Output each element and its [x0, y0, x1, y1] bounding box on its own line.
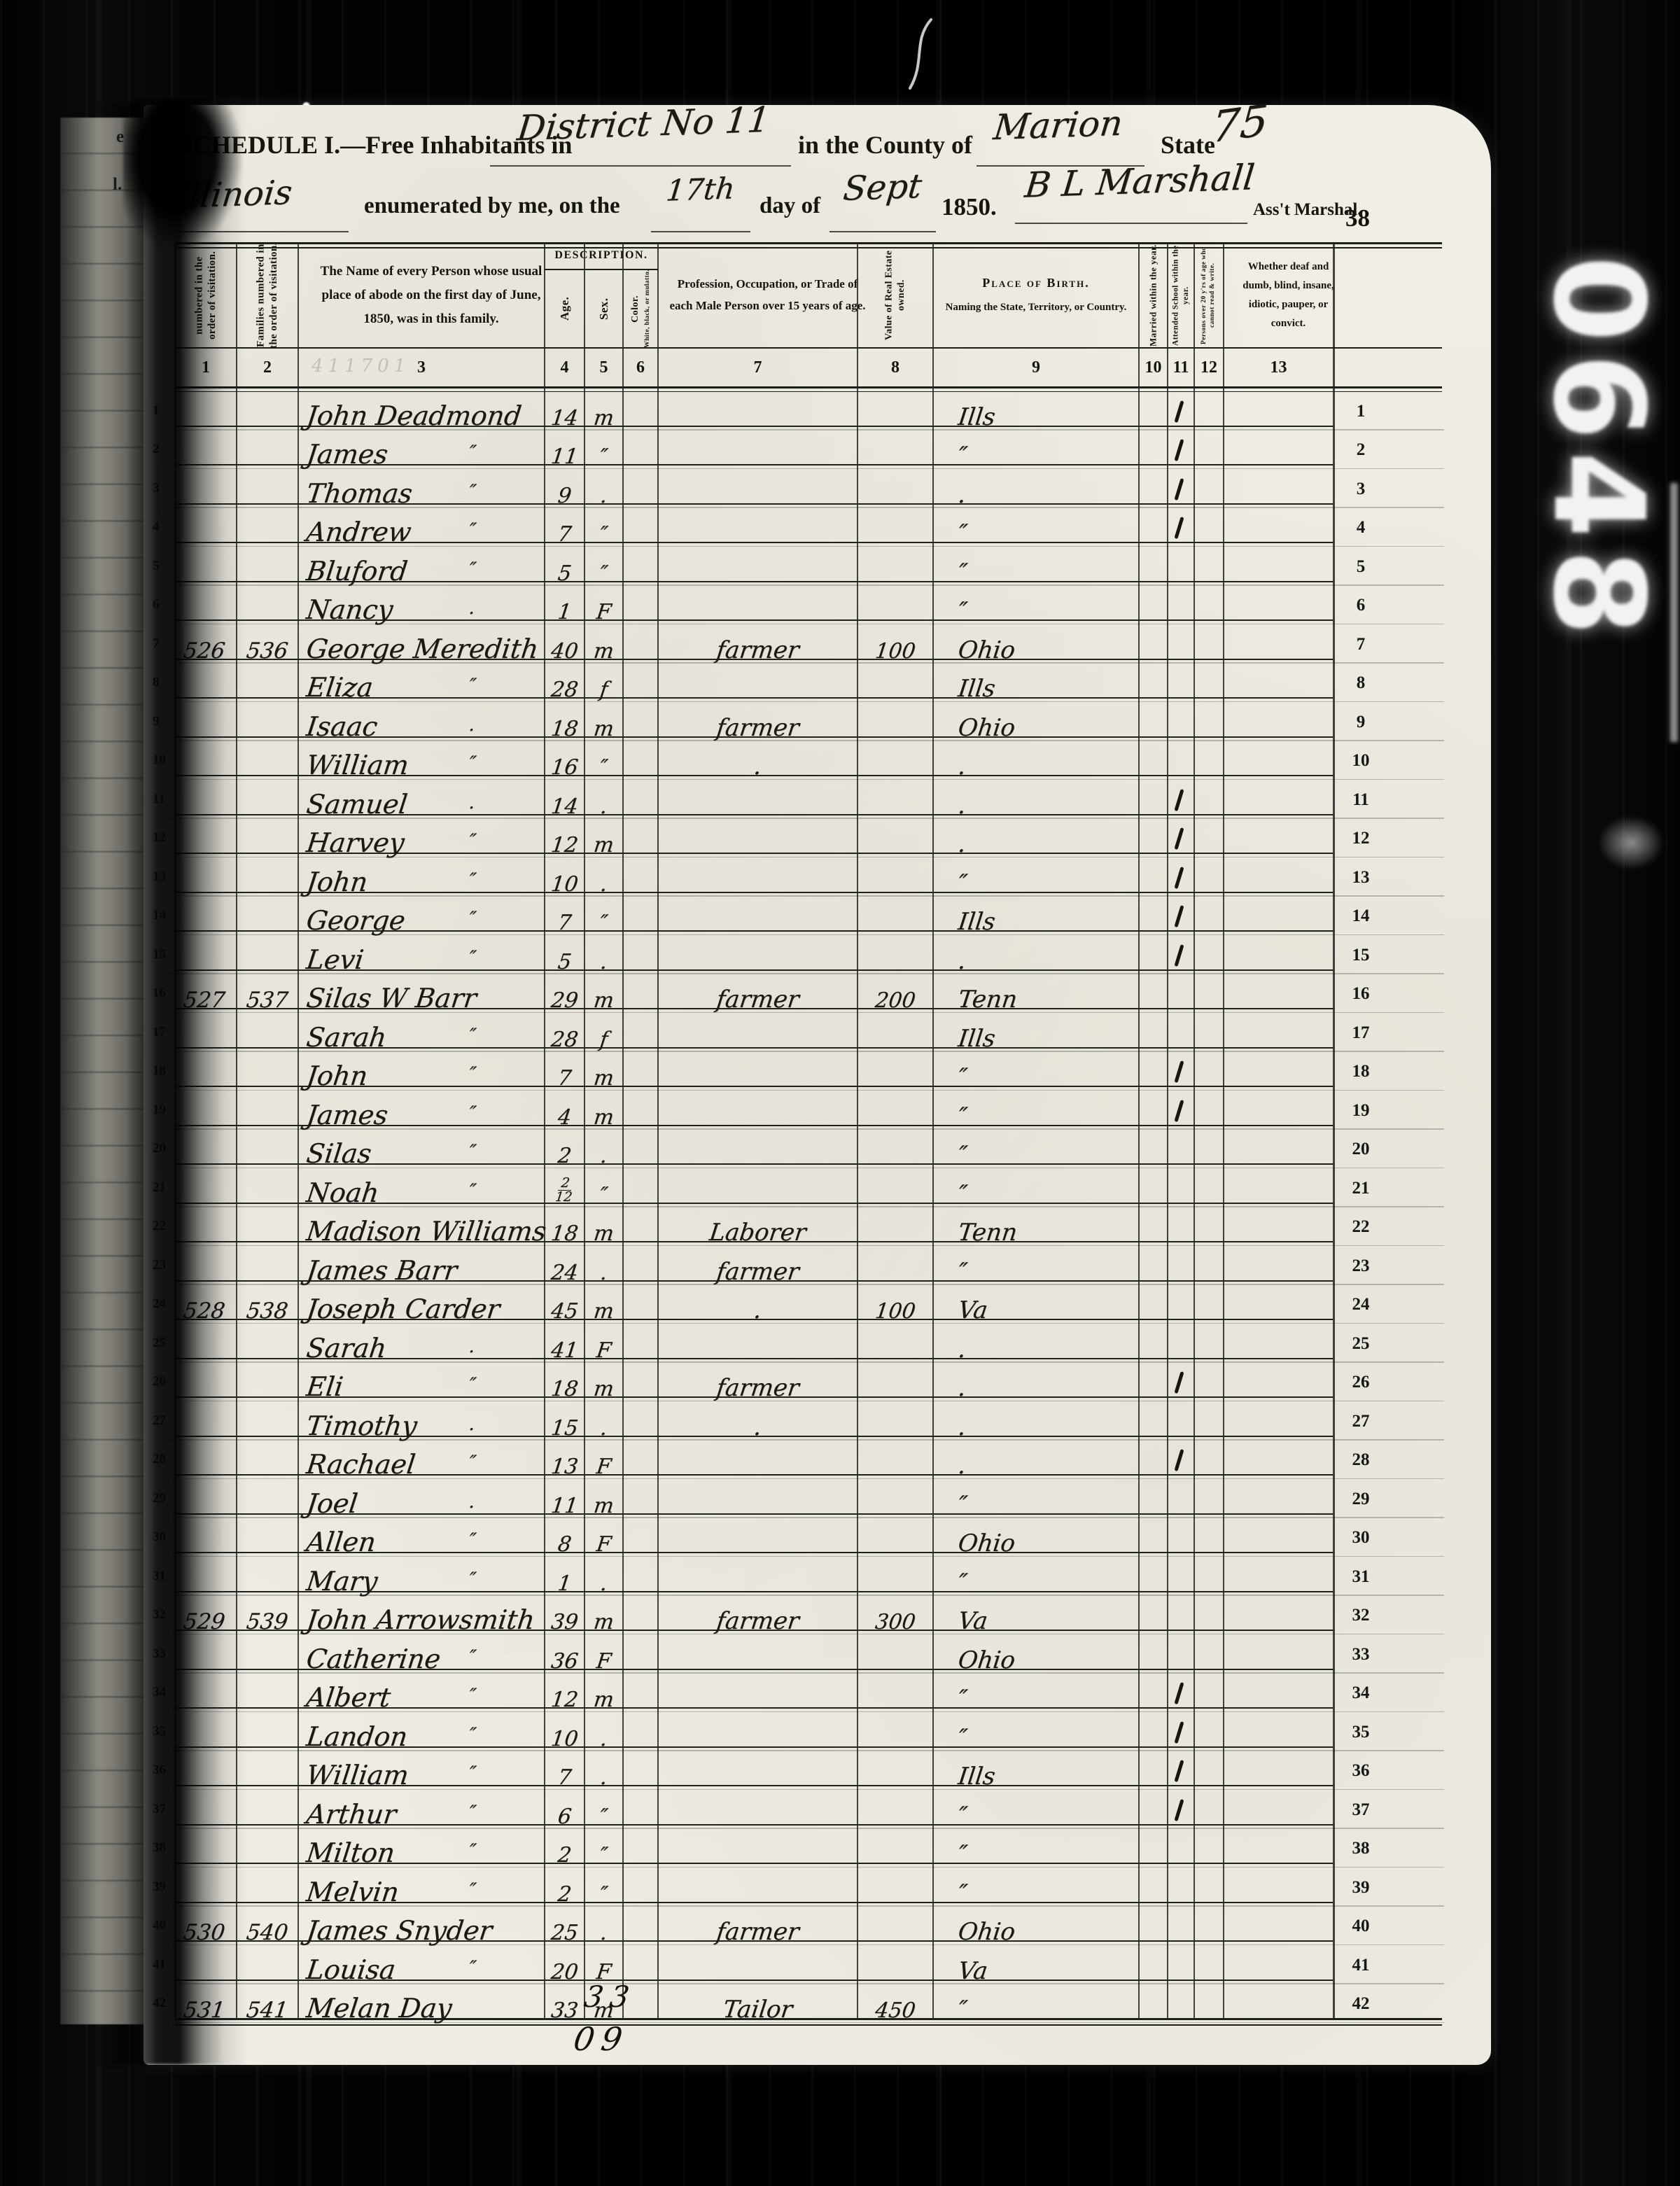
row-number-right: 29 — [1343, 1490, 1379, 1509]
tally-top: 33 — [582, 1980, 638, 2014]
row-number-left: 5 — [153, 559, 160, 574]
cell-name-ditto: . — [468, 1492, 476, 1511]
row-number-right: 28 — [1343, 1450, 1379, 1470]
ghost-stamp: 411701 — [311, 356, 410, 377]
row-number-left: 4 — [153, 519, 160, 535]
attended-school-tick — [1174, 1721, 1184, 1744]
row-number-left: 20 — [153, 1141, 166, 1156]
cell-name-ditto: ″ — [468, 1531, 477, 1550]
cell-age: 33 — [543, 2001, 586, 2022]
row-number-right: 5 — [1343, 557, 1379, 577]
cell-name-ditto: . — [468, 793, 476, 812]
row-number-left: 7 — [153, 636, 160, 652]
row-number-left: 24 — [153, 1296, 166, 1312]
cell-name-ditto: ″ — [468, 1842, 477, 1861]
table-row: Mary″1.″3131 — [175, 1552, 1333, 1592]
cell-name-ditto: ″ — [468, 754, 477, 773]
attended-school-tick — [1174, 1682, 1184, 1704]
row-number-left: 35 — [153, 1724, 166, 1739]
cell-name-ditto: . — [468, 1337, 476, 1356]
cell-name-ditto: ″ — [468, 1570, 477, 1589]
cell-name-ditto: ″ — [468, 871, 477, 890]
table-row: Allen″8FOhio3030 — [175, 1513, 1333, 1554]
attended-school-tick — [1174, 400, 1184, 423]
column-header-7: Profession, Occupation, or Trade of each… — [658, 242, 877, 349]
row-number-left: 8 — [153, 675, 160, 690]
cell-name-ditto: . — [468, 715, 476, 734]
row-number-left: 9 — [153, 714, 160, 729]
row-number-right: 6 — [1343, 596, 1379, 615]
cell-occupation: Tailor — [657, 1998, 859, 2022]
cell-name-ditto: ″ — [468, 482, 477, 501]
table-row: Arthur″6″″3737 — [175, 1785, 1333, 1826]
cell-name-ditto: ″ — [468, 1881, 477, 1900]
cell-value: 450 — [856, 2001, 934, 2022]
row-number-left: 37 — [153, 1802, 166, 1817]
column-header-pob-sublabel: Naming the State, Territory, or Country. — [934, 299, 1138, 316]
table-row: Noah″212″″2121 — [175, 1163, 1333, 1204]
cell-name-ditto: ″ — [468, 1375, 477, 1394]
cell-name-ditto: ″ — [468, 1725, 477, 1744]
cell-name-ditto: ″ — [468, 443, 477, 462]
adjacent-page-edge — [60, 118, 148, 2024]
row-number-left: 27 — [153, 1413, 166, 1429]
row-number-right: 20 — [1343, 1140, 1379, 1159]
row-number-left: 29 — [153, 1491, 166, 1506]
row-number-right: 36 — [1343, 1761, 1379, 1781]
row-number-right: 41 — [1343, 1956, 1379, 1975]
table-row: 528538Joseph Carder45m.100Va2424 — [175, 1280, 1333, 1321]
row-number-right: 12 — [1343, 829, 1379, 848]
table-row: Silas″2.″2020 — [175, 1125, 1333, 1165]
row-number-left: 17 — [153, 1025, 166, 1040]
table-horizontal-rule — [175, 247, 1442, 248]
row-number-left: 36 — [153, 1763, 166, 1778]
row-number-left: 32 — [153, 1607, 166, 1623]
table-row: Milton″2″″3838 — [175, 1824, 1333, 1865]
cell-name-ditto: ″ — [468, 909, 477, 928]
row-number-right: 17 — [1343, 1023, 1379, 1043]
cell-name-ditto: ″ — [468, 832, 477, 850]
table-row: Harvey″12m.1212 — [175, 814, 1333, 855]
table-row: Nancy.1F″66 — [175, 581, 1333, 622]
row-number-left: 2 — [153, 442, 160, 457]
reel-number: 0648 — [1526, 255, 1671, 647]
row-number-right: 39 — [1343, 1878, 1379, 1898]
column-header-12: Persons over 20 y'rs of age who cannot r… — [1194, 242, 1224, 349]
table-row: Eliza″28fIlls88 — [175, 659, 1333, 699]
attended-school-tick — [1174, 905, 1184, 927]
table-row: Landon″10.″3535 — [175, 1707, 1333, 1748]
state-blank-line — [172, 231, 349, 232]
cell-name-ditto: . — [468, 598, 476, 617]
cell-name-ditto: ″ — [468, 1065, 477, 1084]
column-number-4: 4 — [545, 349, 584, 386]
row-number-right: 2 — [1343, 440, 1379, 460]
row-number-right: 40 — [1343, 1917, 1379, 1936]
row-number-left: 16 — [153, 986, 166, 1001]
row-number-right: 38 — [1343, 1839, 1379, 1858]
table-row: 526536George Meredith40mfarmer100Ohio77 — [175, 619, 1333, 660]
row-number-right: 26 — [1343, 1373, 1379, 1392]
row-number-right: 10 — [1343, 751, 1379, 771]
row-number-right: 24 — [1343, 1295, 1379, 1315]
table-row: Sarah.41F.2525 — [175, 1319, 1333, 1359]
column-header-11: Attended School within the year. — [1168, 242, 1194, 349]
row-number-right: 33 — [1343, 1645, 1379, 1665]
table-row: 529539John Arrowsmith39mfarmer300Va3232 — [175, 1591, 1333, 1632]
row-number-left: 15 — [153, 947, 166, 962]
row-number-right: 22 — [1343, 1217, 1379, 1237]
table-horizontal-rule — [175, 2024, 1442, 2026]
cell-name-ditto: ″ — [468, 1959, 477, 1977]
cell-name: Melan Day — [305, 1995, 454, 2022]
column-header-pob-title: Place of Birth. — [982, 276, 1089, 290]
row-number-left: 40 — [153, 1918, 166, 1933]
row-number-right: 13 — [1343, 868, 1379, 888]
row-number-left: 41 — [153, 1957, 166, 1973]
month-handwritten: Sept — [841, 167, 924, 209]
column-number-8: 8 — [857, 349, 933, 386]
cell-name-ditto: ″ — [468, 1648, 477, 1667]
column-number-9: 9 — [933, 349, 1139, 386]
column-header-color-sublabel: White, black, or mulatto. — [643, 269, 652, 348]
attended-school-tick — [1174, 1760, 1184, 1782]
cell-name-ditto: ″ — [468, 1453, 477, 1472]
column-number-1: 1 — [175, 349, 237, 386]
row-number-right: 3 — [1343, 479, 1379, 499]
reel-scribble — [1597, 815, 1665, 870]
row-number-left: 33 — [153, 1646, 166, 1662]
cell-name-ditto: ″ — [468, 948, 477, 967]
column-header-9: Place of Birth.Naming the State, Territo… — [933, 242, 1139, 349]
table-row: 530540James Snyder25.farmerOhio4040 — [175, 1902, 1333, 1942]
cell-birthplace: ″ — [957, 1998, 969, 2022]
row-number-right: 16 — [1343, 984, 1379, 1004]
month-blank-line — [829, 231, 936, 232]
table-horizontal-rule — [175, 347, 1442, 349]
column-header-8: Value of Real Estate owned. — [857, 242, 933, 349]
row-number-left: 42 — [153, 1996, 166, 2011]
table-row: Rachael″13F.2828 — [175, 1436, 1333, 1476]
film-edge-glare — [1670, 483, 1678, 742]
microfilm-scan: e l. SCHEDULE I.—Free Inhabitants in Dis… — [0, 0, 1680, 2186]
district-blank-line — [490, 165, 791, 167]
row-number-left: 1 — [153, 403, 160, 419]
table-row: Catherine″36FOhio3333 — [175, 1630, 1333, 1670]
column-header-color-label: Color. — [629, 295, 642, 323]
table-row: Madison Williams18mLaborerTenn2222 — [175, 1203, 1333, 1243]
column-number-7: 7 — [658, 349, 857, 386]
schedule-label: SCHEDULE I. — [179, 131, 340, 159]
table-row: James″4m″1919 — [175, 1086, 1333, 1126]
cell-name-ditto: . — [468, 1415, 476, 1434]
census-table: DESCRIPTION.numbered in the order of vis… — [175, 242, 1333, 2031]
column-header-6: Color.White, black, or mulatto. — [623, 269, 658, 349]
county-label: in the County of — [798, 130, 972, 160]
cell-name-ditto: ″ — [468, 521, 477, 540]
table-row: Andrew″7″″44 — [175, 503, 1333, 544]
table-row: Eli″18mfarmer.2626 — [175, 1358, 1333, 1399]
row-number-left: 19 — [153, 1102, 166, 1118]
attended-school-tick — [1174, 827, 1184, 850]
table-row: William″16″..1010 — [175, 736, 1333, 777]
column-number-12: 12 — [1194, 349, 1224, 386]
table-row: Thomas″9..33 — [175, 464, 1333, 505]
column-number-5: 5 — [584, 349, 623, 386]
row-number-right: 23 — [1343, 1256, 1379, 1276]
year-label: 1850. — [941, 193, 997, 221]
signature-blank-line — [1015, 223, 1247, 224]
day-handwritten: 17th — [664, 171, 736, 207]
row-number-left: 38 — [153, 1840, 166, 1856]
row-number-right: 4 — [1343, 518, 1379, 538]
county-handwritten: Marion — [992, 103, 1125, 148]
attended-school-tick — [1174, 1799, 1184, 1821]
column-number-13: 13 — [1224, 349, 1333, 386]
table-row: Timothy.15...2727 — [175, 1396, 1333, 1437]
row-number-left: 34 — [153, 1685, 166, 1700]
cell-name-ditto: ″ — [468, 1182, 477, 1200]
row-number-right: 30 — [1343, 1528, 1379, 1548]
state-name-handwritten: Illinois — [174, 173, 294, 216]
table-row: George″7″Ills1414 — [175, 892, 1333, 932]
cell-name-ditto: ″ — [468, 1764, 477, 1783]
table-row: Louisa″20FVa4141 — [175, 1940, 1333, 1981]
row-number-right: 15 — [1343, 946, 1379, 965]
table-row: 527537Silas W Barr29mfarmer200Tenn1616 — [175, 969, 1333, 1010]
tally-bottom: 09 — [571, 2020, 632, 2058]
cell-family-number: 541 — [245, 2000, 289, 2022]
column-number-10: 10 — [1139, 349, 1168, 386]
cell-name-ditto: ″ — [468, 1104, 477, 1123]
row-number-left: 25 — [153, 1336, 166, 1351]
row-number-left: 21 — [153, 1180, 166, 1196]
row-number-left: 3 — [153, 481, 160, 496]
row-number-right: 37 — [1343, 1800, 1379, 1820]
attended-school-tick — [1174, 944, 1184, 967]
cell-name-ditto: ″ — [468, 676, 477, 695]
attended-school-tick — [1174, 1371, 1184, 1394]
attended-school-tick — [1174, 1060, 1184, 1083]
column-header-10: Married within the year. — [1139, 242, 1168, 349]
row-number-left: 10 — [153, 752, 166, 768]
table-row: 531541Melan Day33mTailor450″4242 — [175, 1980, 1333, 2020]
table-row: Joel.11m″2929 — [175, 1474, 1333, 1515]
row-number-right: 9 — [1343, 713, 1379, 732]
state-mark-handwritten: 75 — [1210, 94, 1270, 153]
row-number-left: 12 — [153, 830, 166, 846]
row-number-left: 28 — [153, 1452, 166, 1467]
column-number-6: 6 — [623, 349, 658, 386]
table-row: Sarah″28fIlls1717 — [175, 1008, 1333, 1049]
row-number-right: 19 — [1343, 1101, 1379, 1121]
attended-school-tick — [1174, 517, 1184, 539]
row-number-right: 18 — [1343, 1062, 1379, 1081]
row-number-left: 23 — [153, 1258, 166, 1273]
cell-name-ditto: ″ — [468, 560, 477, 579]
day-of-label: day of — [759, 193, 820, 219]
cell-dwelling-number: 531 — [182, 2000, 226, 2022]
table-row: James Barr24.farmer″2323 — [175, 1241, 1333, 1282]
column-header-2: Families numbered in the order of visita… — [237, 242, 298, 349]
cell-name-ditto: ″ — [468, 1803, 477, 1822]
enumerated-label: enumerated by me, on the — [364, 193, 620, 219]
row-number-left: 13 — [153, 869, 166, 885]
column-number-11: 11 — [1168, 349, 1194, 386]
table-row: John Deadmond14mIlls11 — [175, 386, 1333, 427]
table-row: Isaac.18mfarmerOhio99 — [175, 697, 1333, 738]
row-number-left: 6 — [153, 597, 160, 612]
row-number-left: 26 — [153, 1374, 166, 1389]
table-row: John″7m″1818 — [175, 1047, 1333, 1088]
marshal-signature: B L Marshall — [1023, 157, 1256, 205]
row-number-right: 25 — [1343, 1334, 1379, 1354]
row-number-right: 1 — [1343, 402, 1379, 421]
attended-school-tick — [1174, 439, 1184, 461]
attended-school-tick — [1174, 478, 1184, 500]
row-number-right: 34 — [1343, 1683, 1379, 1703]
cell-age: 212 — [543, 1177, 587, 1204]
row-number-right: 21 — [1343, 1179, 1379, 1198]
table-row: Albert″12m″3434 — [175, 1669, 1333, 1709]
attended-school-tick — [1174, 789, 1184, 811]
row-number-left: 31 — [153, 1569, 166, 1584]
row-number-right: 14 — [1343, 906, 1379, 926]
table-row: Levi″5..1515 — [175, 930, 1333, 971]
attended-school-tick — [1174, 867, 1184, 889]
row-number-right: 31 — [1343, 1567, 1379, 1587]
page-number: 38 — [1345, 204, 1370, 232]
cell-name-ditto: ″ — [468, 1142, 477, 1161]
column-header-5: Sex. — [584, 269, 623, 349]
column-header-1: numbered in the order of visitation. — [175, 242, 237, 349]
schedule-title: SCHEDULE I.—Free Inhabitants in — [179, 130, 572, 160]
column-header-3: The Name of every Person whose usual pla… — [298, 242, 564, 349]
row-number-right: 42 — [1343, 1994, 1379, 2014]
attended-school-tick — [1174, 1449, 1184, 1471]
table-row: Samuel.14..1111 — [175, 775, 1333, 815]
row-number-right: 7 — [1343, 635, 1379, 654]
table-row: Bluford″5″″55 — [175, 542, 1333, 582]
column-number-2: 2 — [237, 349, 298, 386]
state-label: State — [1161, 130, 1215, 160]
row-number-left: 11 — [153, 792, 165, 807]
film-scratch — [897, 13, 960, 93]
row-number-right: 11 — [1343, 790, 1379, 810]
day-blank-line — [651, 231, 750, 232]
row-number-left: 14 — [153, 908, 166, 923]
cell-name-ditto: ″ — [468, 1686, 477, 1705]
row-number-left: 39 — [153, 1879, 166, 1895]
row-number-right: 8 — [1343, 673, 1379, 693]
table-row: William″7.Ills3636 — [175, 1746, 1333, 1787]
row-number-left: 18 — [153, 1063, 166, 1079]
table-row: Melvin″2″″3939 — [175, 1863, 1333, 1903]
column-header-4: Age. — [545, 269, 584, 349]
attended-school-tick — [1174, 1100, 1184, 1122]
table-row: John″10.″1313 — [175, 853, 1333, 893]
table-horizontal-rule — [175, 242, 1442, 244]
row-number-left: 30 — [153, 1529, 166, 1545]
adjacent-page-fragment: l. — [113, 175, 122, 195]
row-number-right: 27 — [1343, 1412, 1379, 1431]
row-number-right: 35 — [1343, 1723, 1379, 1742]
adjacent-page-fragment: e — [116, 127, 124, 147]
table-row: James″11″″22 — [175, 426, 1333, 466]
row-number-right: 32 — [1343, 1606, 1379, 1625]
row-number-left: 22 — [153, 1219, 166, 1234]
cell-name-ditto: ″ — [468, 1026, 477, 1045]
